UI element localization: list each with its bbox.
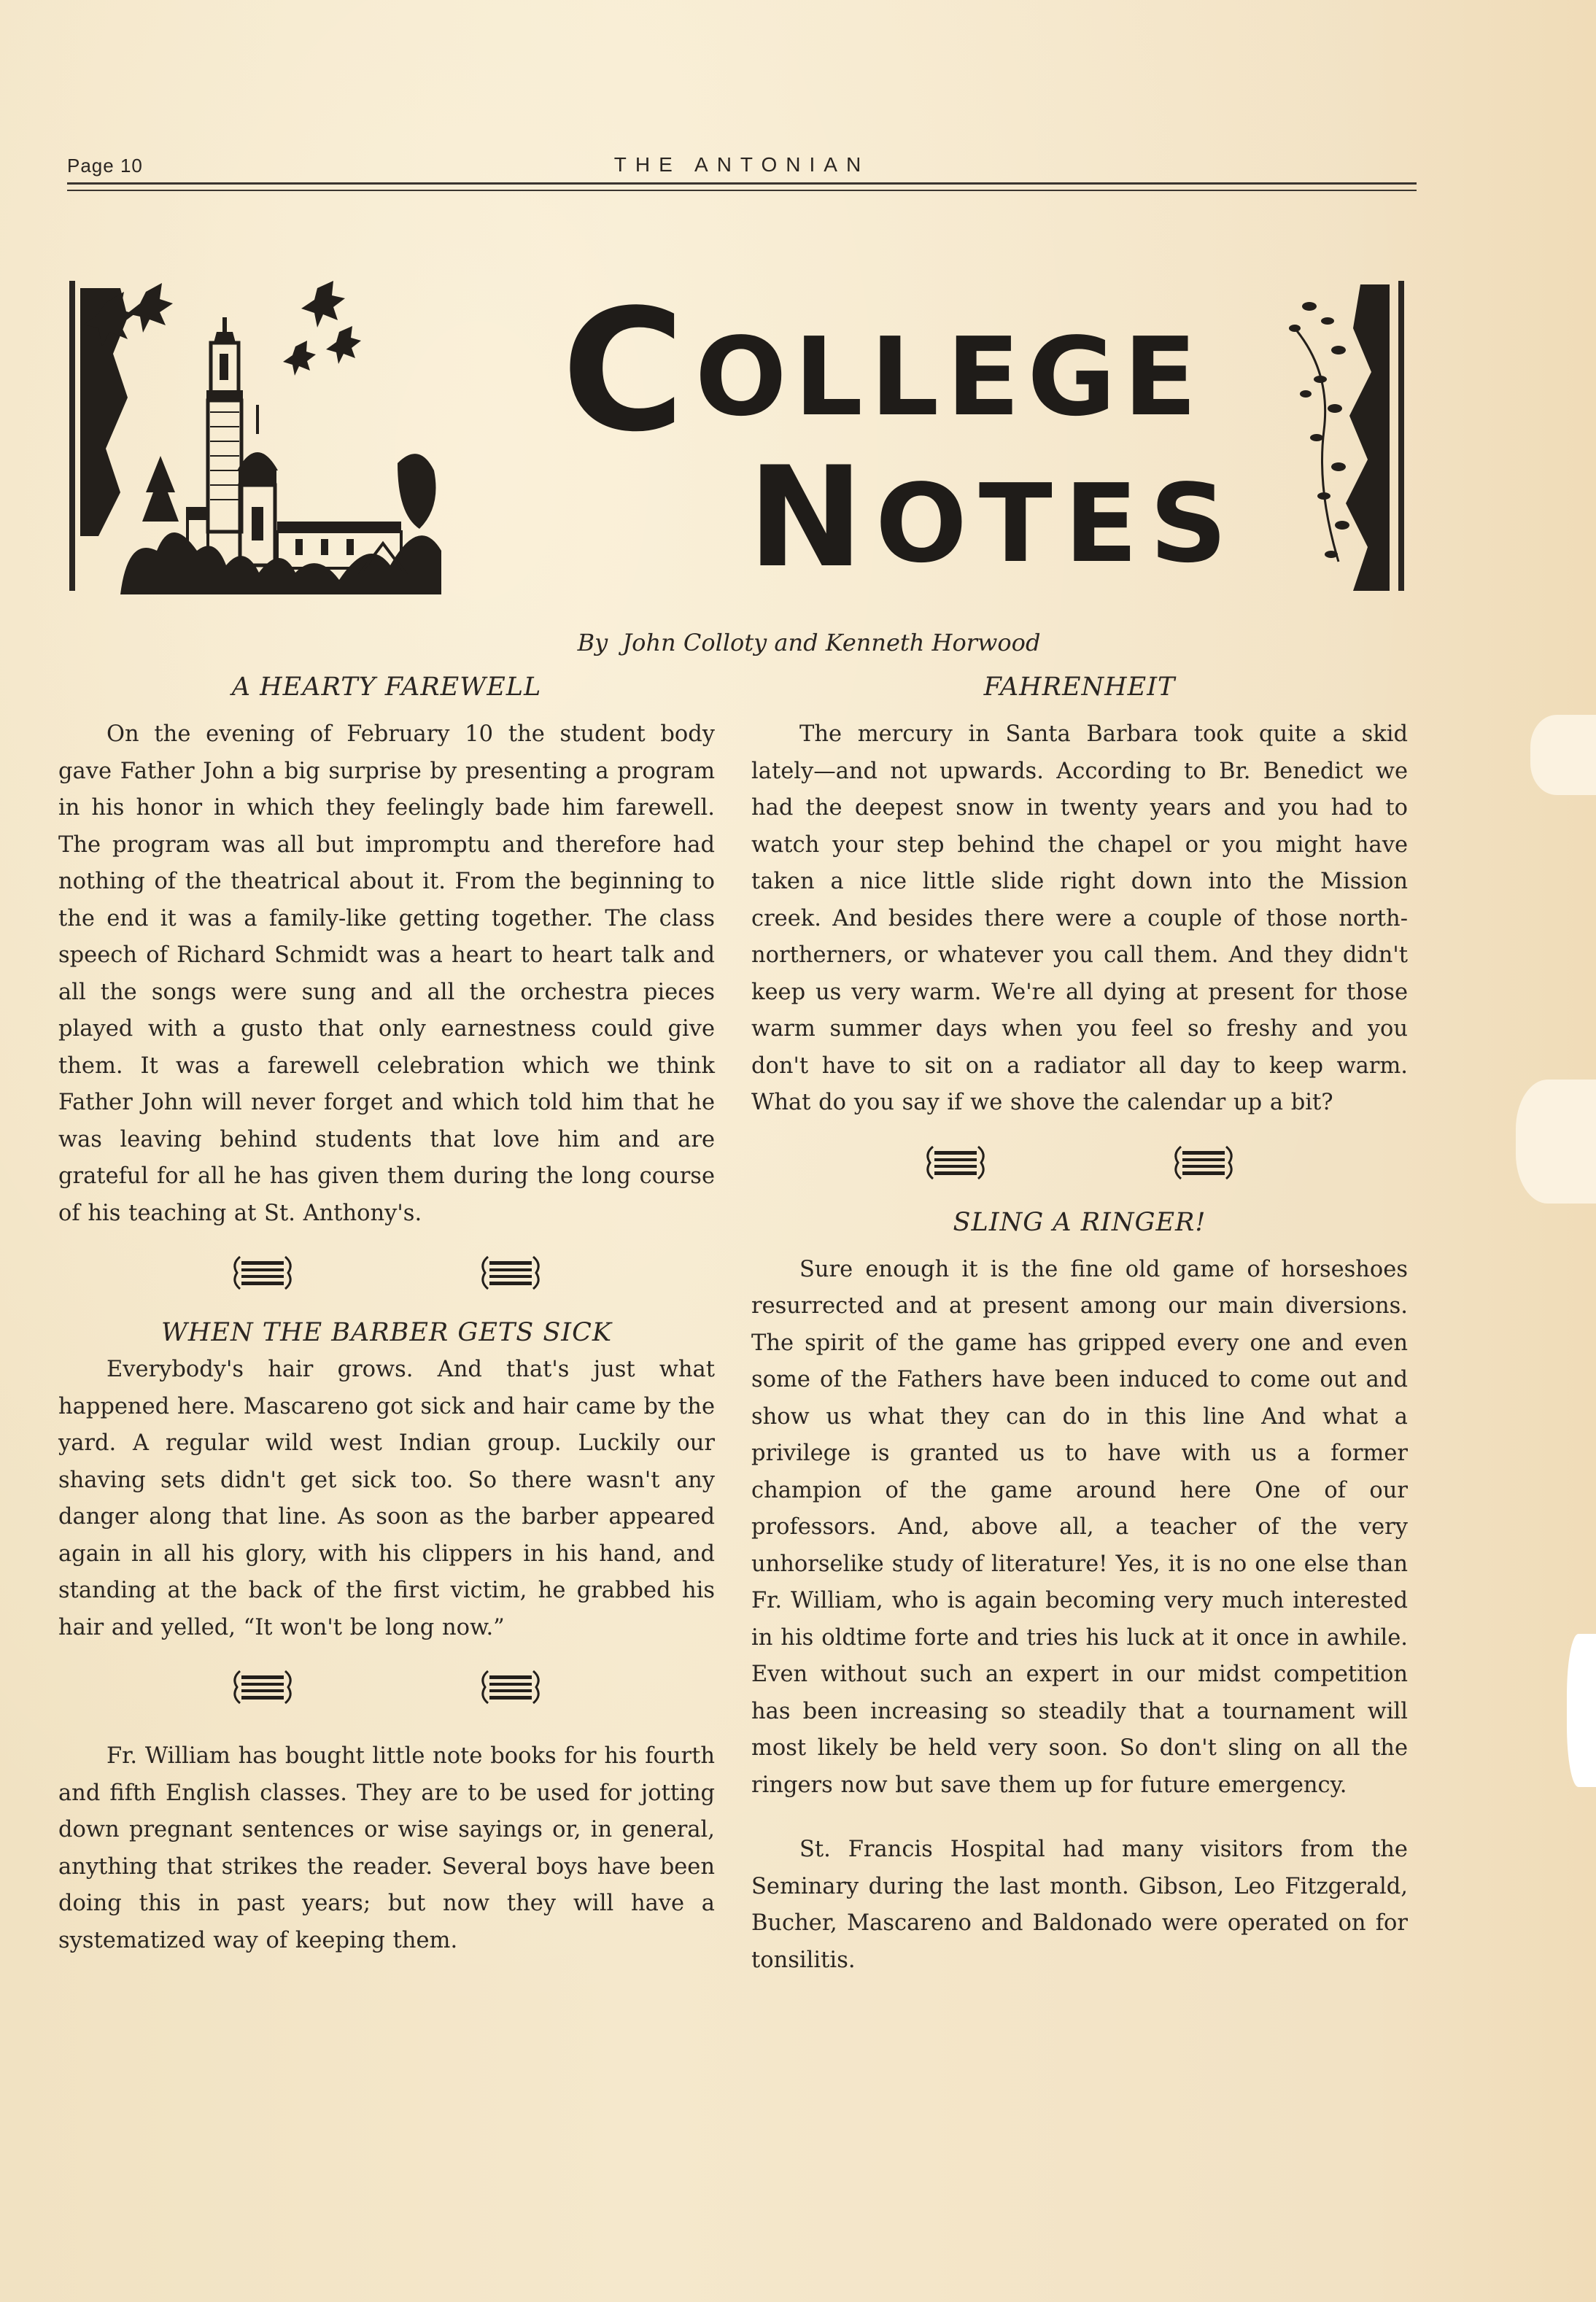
- article-paragraph: Everybody's hair grows. And that's just …: [58, 1352, 715, 1646]
- banner-frame-left: [69, 281, 75, 591]
- article-sling-a-ringer: SLING A RINGER! Sure enough it is the fi…: [751, 1208, 1408, 1980]
- scroll-ornament-icon: [1171, 1144, 1236, 1182]
- article-headline: SLING A RINGER!: [751, 1208, 1408, 1237]
- ornament-divider: [751, 1141, 1408, 1185]
- banner-title-notes: NOTES: [748, 449, 1239, 587]
- article-hearty-farewell: A HEARTY FAREWELL On the evening of Febr…: [58, 673, 715, 1232]
- header-double-rule: [67, 182, 1417, 191]
- ornament-divider: [58, 1665, 715, 1709]
- article-note-books: Fr. William has bought little note books…: [58, 1738, 715, 1959]
- scroll-ornament-icon: [230, 1668, 295, 1706]
- scroll-ornament-icon: [923, 1144, 988, 1182]
- article-paragraph: St. Francis Hospital had many visitors f…: [751, 1832, 1408, 1979]
- article-headline: WHEN THE BARBER GETS SICK: [58, 1318, 715, 1347]
- article-paragraph: Sure enough it is the fine old game of h…: [751, 1252, 1408, 1805]
- banner-title-college: COLLEGE: [562, 288, 1204, 456]
- running-head: Page 10 THE ANTONIAN: [67, 150, 1417, 179]
- ornament-divider: [58, 1251, 715, 1295]
- article-headline: FAHRENHEIT: [751, 673, 1408, 702]
- paragraph-gap: [751, 1804, 1408, 1832]
- page-edge-tear: [1567, 1634, 1596, 1787]
- article-paragraph: On the evening of February 10 the studen…: [58, 716, 715, 1232]
- banner-title: COLLEGE NOTES: [496, 274, 1335, 594]
- scroll-ornament-icon: [478, 1254, 543, 1292]
- byline-by: By: [578, 629, 608, 656]
- article-paragraph: Fr. William has bought little note books…: [58, 1738, 715, 1959]
- journal-title: THE ANTONIAN: [67, 153, 1417, 177]
- scroll-ornament-icon: [478, 1668, 543, 1706]
- banner-frame-right: [1398, 281, 1404, 591]
- scroll-ornament-icon: [230, 1254, 295, 1292]
- right-column: FAHRENHEIT The mercury in Santa Barbara …: [751, 673, 1408, 1979]
- article-paragraph: The mercury in Santa Barbara took quite …: [751, 716, 1408, 1122]
- byline-authors: John Colloty and Kenneth Horwood: [622, 629, 1040, 656]
- byline: By John Colloty and Kenneth Horwood: [0, 629, 1596, 656]
- page-edge-tear: [1516, 1080, 1596, 1204]
- article-barber-sick: WHEN THE BARBER GETS SICK Everybody's ha…: [58, 1318, 715, 1646]
- page-edge-tear: [1530, 715, 1596, 795]
- college-notes-banner: COLLEGE NOTES: [69, 274, 1404, 594]
- vine-foliage-icon: [1266, 284, 1397, 591]
- article-fahrenheit: FAHRENHEIT The mercury in Santa Barbara …: [751, 673, 1408, 1122]
- article-headline: A HEARTY FAREWELL: [58, 673, 715, 702]
- left-column: A HEARTY FAREWELL On the evening of Febr…: [58, 673, 715, 1959]
